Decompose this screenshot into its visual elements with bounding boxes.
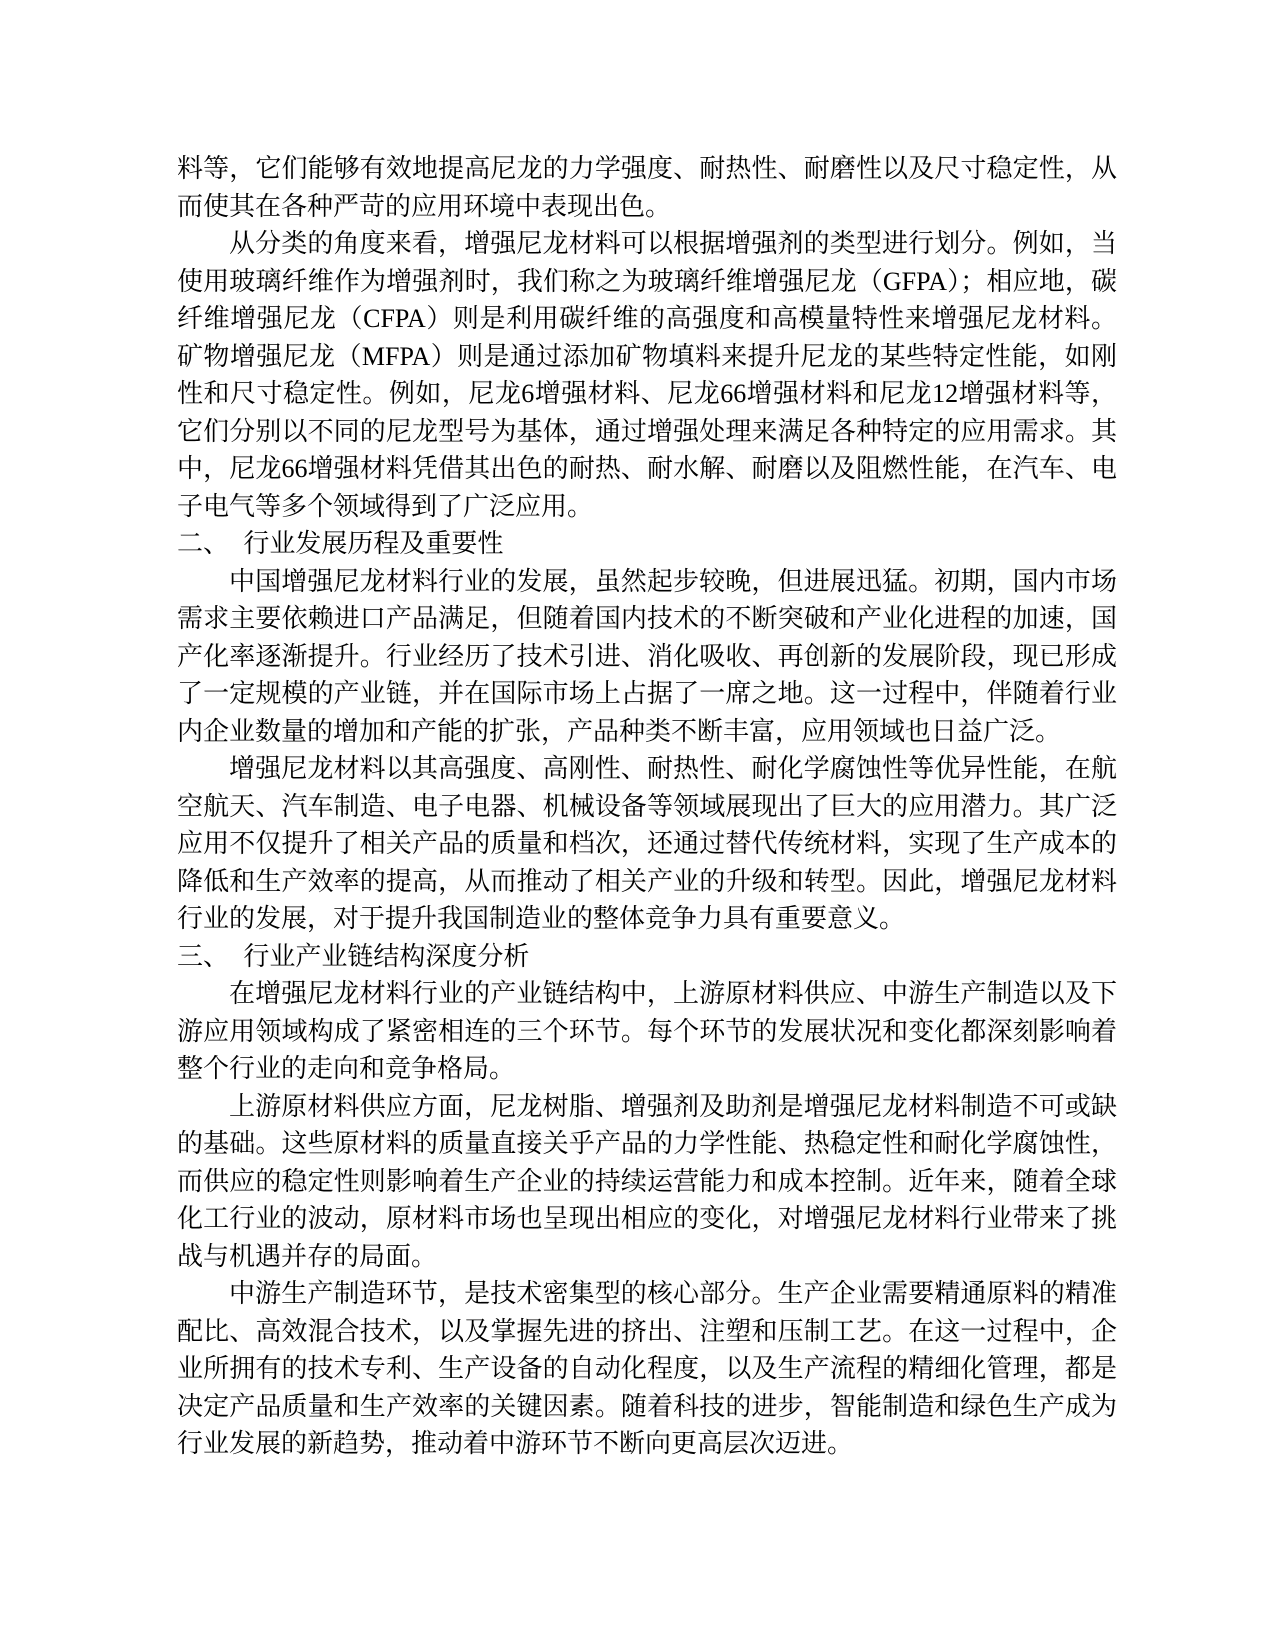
section-heading-number: 二、 (177, 529, 229, 558)
section-heading-number: 三、 (177, 942, 229, 971)
section-heading-3: 三、行业产业链结构深度分析 (177, 938, 1117, 976)
paragraph-continuation: 料等，它们能够有效地提高尼龙的力学强度、耐热性、耐磨性以及尺寸稳定性，从而使其在… (177, 150, 1117, 225)
document-text-block: 料等，它们能够有效地提高尼龙的力学强度、耐热性、耐磨性以及尺寸稳定性，从而使其在… (177, 150, 1117, 1463)
section-heading-2: 二、行业发展历程及重要性 (177, 525, 1117, 563)
paragraph: 上游原材料供应方面，尼龙树脂、增强剂及助剂是增强尼龙材料制造不可或缺的基础。这些… (177, 1088, 1117, 1276)
document-page: 料等，它们能够有效地提高尼龙的力学强度、耐热性、耐磨性以及尺寸稳定性，从而使其在… (0, 0, 1275, 1650)
paragraph: 增强尼龙材料以其高强度、高刚性、耐热性、耐化学腐蚀性等优异性能，在航空航天、汽车… (177, 750, 1117, 938)
paragraph: 中游生产制造环节，是技术密集型的核心部分。生产企业需要精通原料的精准配比、高效混… (177, 1275, 1117, 1463)
section-heading-title: 行业发展历程及重要性 (243, 529, 503, 558)
paragraph: 中国增强尼龙材料行业的发展，虽然起步较晚，但进展迅猛。初期，国内市场需求主要依赖… (177, 563, 1117, 751)
section-heading-title: 行业产业链结构深度分析 (243, 942, 529, 971)
paragraph: 在增强尼龙材料行业的产业链结构中，上游原材料供应、中游生产制造以及下游应用领域构… (177, 975, 1117, 1088)
paragraph: 从分类的角度来看，增强尼龙材料可以根据增强剂的类型进行划分。例如，当使用玻璃纤维… (177, 225, 1117, 525)
